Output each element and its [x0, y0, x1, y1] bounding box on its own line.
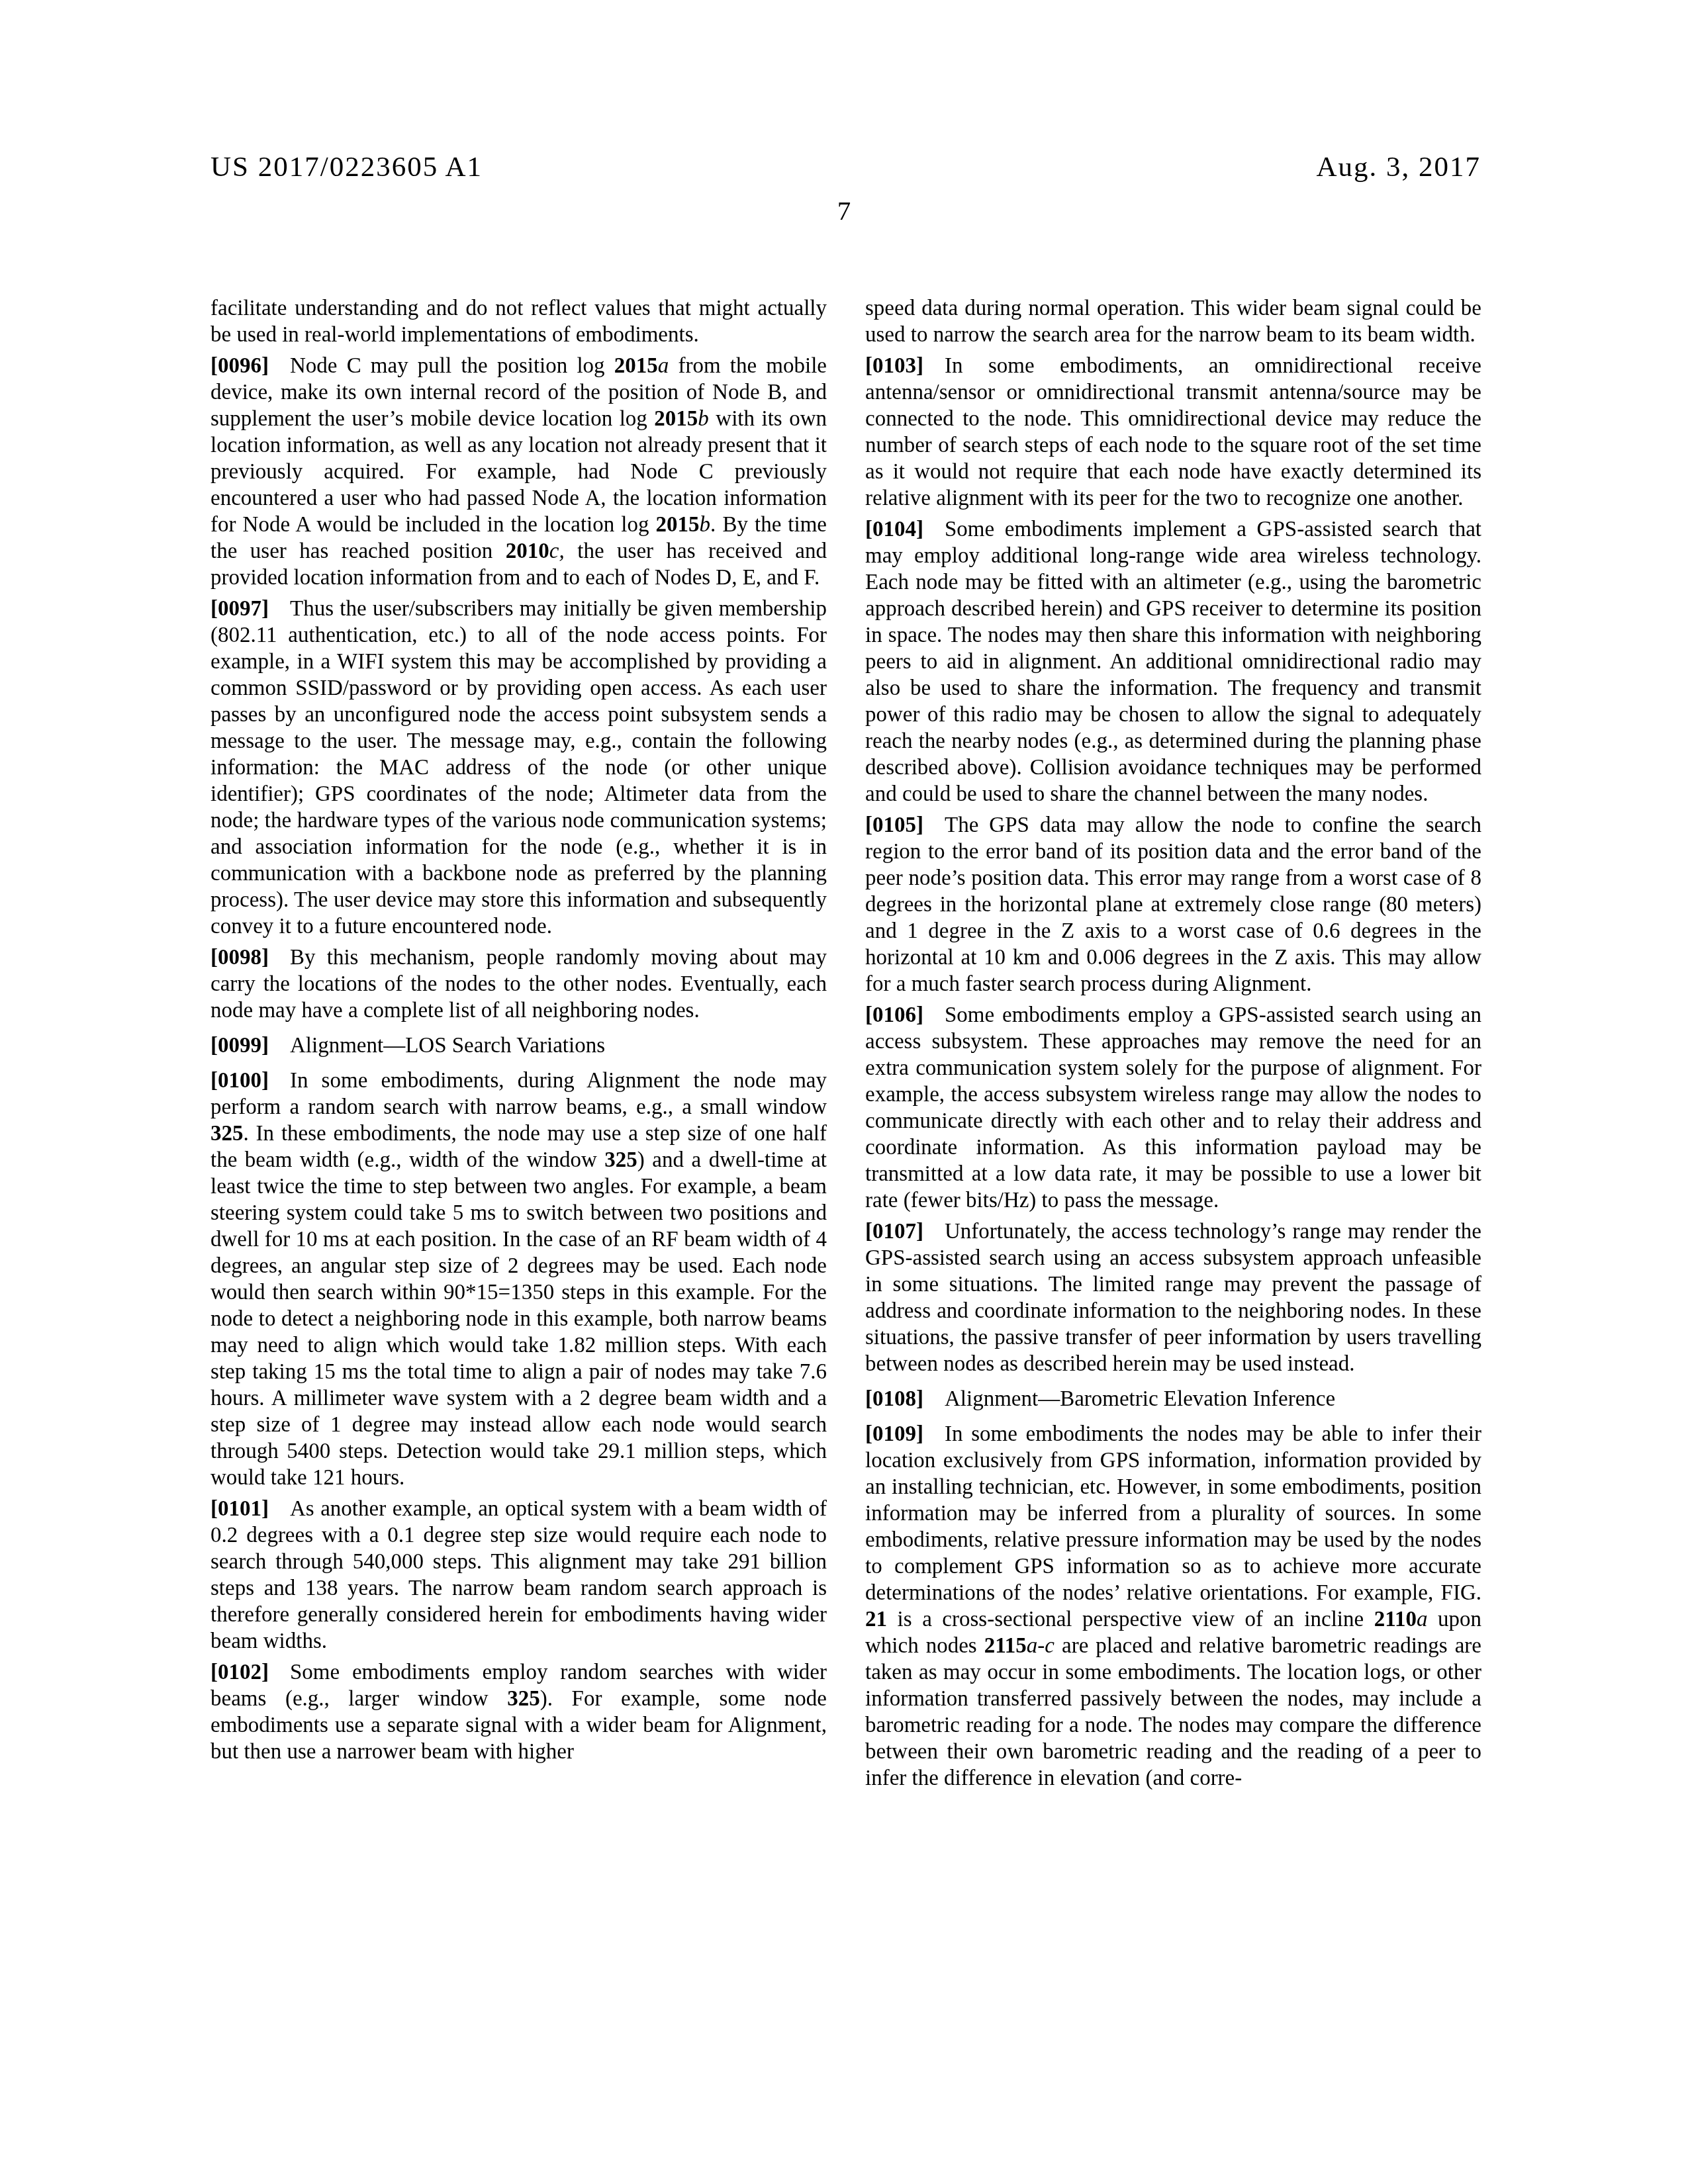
paragraph-text: Thus the user/subscribers may initially …	[211, 597, 827, 938]
paragraph-number: [0105]	[865, 813, 923, 837]
paragraph-number: [0106]	[865, 1003, 923, 1027]
publication-number: US 2017/0223605 A1	[211, 151, 483, 183]
paragraph-number: [0109]	[865, 1422, 923, 1446]
paragraph-text: By this mechanism, people randomly movin…	[211, 946, 827, 1023]
paragraph: [0107]Unfortunately, the access technolo…	[865, 1218, 1481, 1377]
right-column: speed data during normal operation. This…	[865, 295, 1481, 1796]
paragraph-number: [0098]	[211, 946, 269, 970]
publication-date: Aug. 3, 2017	[1316, 151, 1481, 183]
paragraph-text: Unfortunately, the access technology’s r…	[865, 1220, 1481, 1376]
paragraph: [0109]In some embodiments the nodes may …	[865, 1421, 1481, 1792]
paragraph-text: Some embodiments employ a GPS-assisted s…	[865, 1003, 1481, 1212]
paragraph: [0097]Thus the user/subscribers may init…	[211, 596, 827, 940]
paragraph-number: [0099]	[211, 1034, 269, 1058]
paragraph-number: [0104]	[865, 518, 923, 541]
patent-page: US 2017/0223605 A1 Aug. 3, 2017 7 facili…	[0, 0, 1688, 2184]
paragraph: [0103]In some embodiments, an omnidirect…	[865, 353, 1481, 512]
paragraph-text: The GPS data may allow the node to confi…	[865, 813, 1481, 996]
paragraph: [0101]As another example, an optical sys…	[211, 1496, 827, 1655]
paragraph-text: In some embodiments, an omnidirectional …	[865, 354, 1481, 510]
paragraph: [0106]Some embodiments employ a GPS-assi…	[865, 1002, 1481, 1214]
paragraph-text: In some embodiments, during Alignment th…	[211, 1069, 827, 1490]
paragraph-number: [0097]	[211, 597, 269, 621]
paragraph: speed data during normal operation. This…	[865, 295, 1481, 348]
paragraph: facilitate understanding and do not refl…	[211, 295, 827, 348]
paragraph-number: [0102]	[211, 1661, 269, 1684]
paragraph-number: [0100]	[211, 1069, 269, 1093]
paragraph-text: Some embodiments implement a GPS-assiste…	[865, 518, 1481, 806]
left-column: facilitate understanding and do not refl…	[211, 295, 827, 1796]
text-columns: facilitate understanding and do not refl…	[211, 295, 1481, 1796]
paragraph-text: In some embodiments the nodes may be abl…	[865, 1422, 1481, 1790]
paragraph: [0100]In some embodiments, during Alignm…	[211, 1068, 827, 1491]
paragraph-text: As another example, an optical system wi…	[211, 1497, 827, 1653]
section-heading: [0108]Alignment—Barometric Elevation Inf…	[865, 1386, 1481, 1412]
page-number: 7	[0, 195, 1688, 226]
section-heading: [0099]Alignment—LOS Search Variations	[211, 1032, 827, 1059]
paragraph: [0105]The GPS data may allow the node to…	[865, 812, 1481, 997]
paragraph-text: speed data during normal operation. This…	[865, 296, 1481, 347]
paragraph-text: Alignment—LOS Search Variations	[290, 1034, 605, 1058]
paragraph-text: Node C may pull the position log 2015a f…	[211, 354, 827, 590]
paragraph-number: [0107]	[865, 1220, 923, 1244]
paragraph-number: [0108]	[865, 1387, 923, 1411]
paragraph: [0102]Some embodiments employ random sea…	[211, 1659, 827, 1765]
paragraph-number: [0103]	[865, 354, 923, 378]
paragraph-number: [0101]	[211, 1497, 269, 1521]
paragraph: [0096]Node C may pull the position log 2…	[211, 353, 827, 591]
paragraph-text: Some embodiments employ random searches …	[211, 1661, 827, 1764]
paragraph-number: [0096]	[211, 354, 269, 378]
paragraph-text: Alignment—Barometric Elevation Inference	[945, 1387, 1335, 1411]
paragraph: [0098]By this mechanism, people randomly…	[211, 944, 827, 1024]
paragraph: [0104]Some embodiments implement a GPS-a…	[865, 516, 1481, 807]
paragraph-text: facilitate understanding and do not refl…	[211, 296, 827, 347]
